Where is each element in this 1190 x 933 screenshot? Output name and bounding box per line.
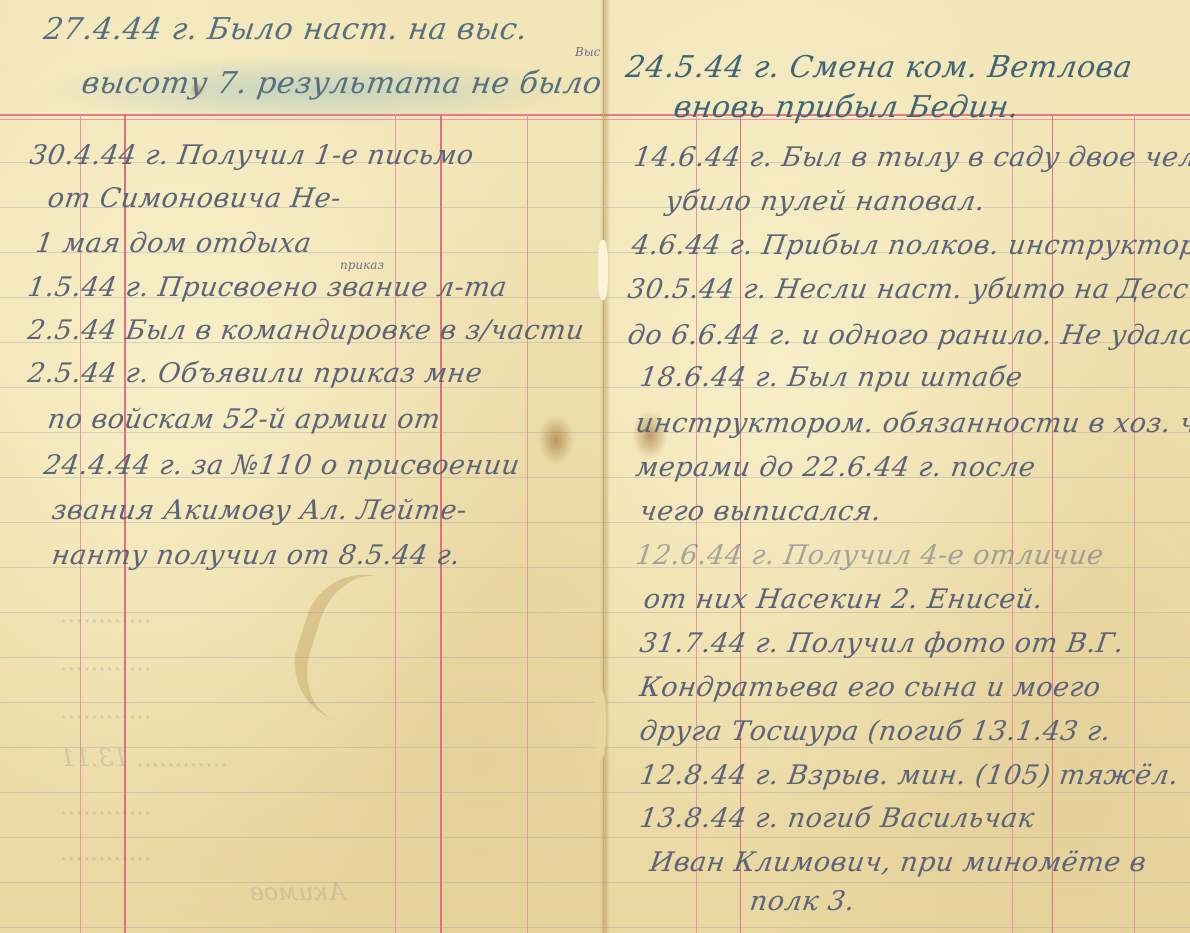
entry-line: 14.6.44 г. Был в тылу в саду двое челове… bbox=[631, 142, 1190, 173]
entry-line: полк 3. bbox=[747, 886, 856, 917]
superscript-note: приказ bbox=[340, 258, 384, 272]
entry-line: 12.8.44 г. Взрыв. мин. (105) тяжёл. bbox=[637, 760, 1180, 791]
entry-line: 18.6.44 г. Был при штабе bbox=[637, 362, 1024, 393]
heading-line-1: 27.4.44 г. Было наст. на выс. bbox=[42, 12, 530, 47]
entry-line: 24.4.44 г. за №110 о присвоении bbox=[42, 450, 522, 481]
heading-line-1: 24.5.44 г. Смена ком. Ветлова bbox=[623, 50, 1134, 85]
bleedthrough-text: ............ bbox=[60, 600, 152, 628]
entry-line: 4.6.44 г. Прибыл полков. инструктор bbox=[629, 230, 1190, 261]
entry-line: 1.5.44 г. Присвоено звание л-та bbox=[26, 272, 509, 303]
binding-tear bbox=[594, 690, 606, 760]
bleedthrough-text: ............ bbox=[60, 696, 152, 724]
brown-stain bbox=[538, 415, 574, 465]
binding-fold bbox=[600, 0, 610, 933]
entry-line: звания Акимову Ал. Лейте- bbox=[50, 495, 469, 526]
entry-line: 2.5.44 г. Объявили приказ мне bbox=[26, 358, 485, 389]
entry-line: 1 мая дом отдыха bbox=[34, 228, 314, 259]
binding-tear bbox=[598, 240, 608, 300]
entry-line: нанту получил от 8.5.44 г. bbox=[50, 540, 462, 571]
entry-line: 2.5.44 Был в командировке в з/части bbox=[26, 315, 586, 346]
bleedthrough-text: ............ 13.11 bbox=[60, 744, 228, 772]
top-red-rule bbox=[0, 114, 603, 116]
entry-line: чего выписался. bbox=[637, 496, 883, 527]
entry-line: 30.5.44 г. Несли наст. убито на Десс bbox=[625, 274, 1190, 305]
entry-line: 30.4.44 г. Получил 1-е письмо bbox=[28, 140, 476, 171]
right-page: 24.5.44 г. Смена ком. Ветлова вновь приб… bbox=[604, 0, 1190, 933]
bleedthrough-text: ............ bbox=[60, 838, 152, 866]
entry-line: друга Тосшура (погиб 13.1.43 г. bbox=[637, 716, 1112, 747]
bleedthrough-text: ............ bbox=[60, 648, 152, 676]
entry-line: от них Насекин 2. Енисей. bbox=[641, 584, 1044, 615]
notebook-spread: 27.4.44 г. Было наст. на выс. высоту 7. … bbox=[0, 0, 1190, 933]
entry-line: убило пулей наповал. bbox=[663, 186, 986, 217]
left-page: 27.4.44 г. Было наст. на выс. высоту 7. … bbox=[0, 0, 604, 933]
entry-line: по войскам 52-й армии от bbox=[46, 404, 443, 435]
heading-line-2: высоту 7. результата не было. bbox=[80, 66, 604, 101]
bleedthrough-text: ............ bbox=[60, 792, 152, 820]
bleedthrough-signature: Акимов bbox=[250, 878, 346, 906]
margin-note: Выс bbox=[575, 45, 600, 59]
entry-line: 13.8.44 г. погиб Васильчак bbox=[637, 803, 1036, 834]
entry-line: 31.7.44 г. Получил фото от В.Г. bbox=[637, 628, 1125, 659]
entry-line: 12.6.44 г. Получил 4-е отличие bbox=[633, 540, 1105, 571]
column-rule bbox=[527, 114, 528, 933]
entry-line: Иван Климович, при миномёте в bbox=[647, 847, 1147, 878]
entry-line: мерами до 22.6.44 г. после bbox=[633, 452, 1037, 483]
entry-line: от Симоновича Не- bbox=[46, 183, 343, 214]
heading-line-2: вновь прибыл Бедин. bbox=[671, 90, 1021, 125]
entry-line: Кондратьева его сына и моего bbox=[637, 672, 1102, 703]
entry-line: инструктором. обязанности в хоз. части bbox=[633, 408, 1190, 439]
entry-line: до 6.6.44 г. и одного ранило. Не удалось bbox=[625, 320, 1190, 351]
